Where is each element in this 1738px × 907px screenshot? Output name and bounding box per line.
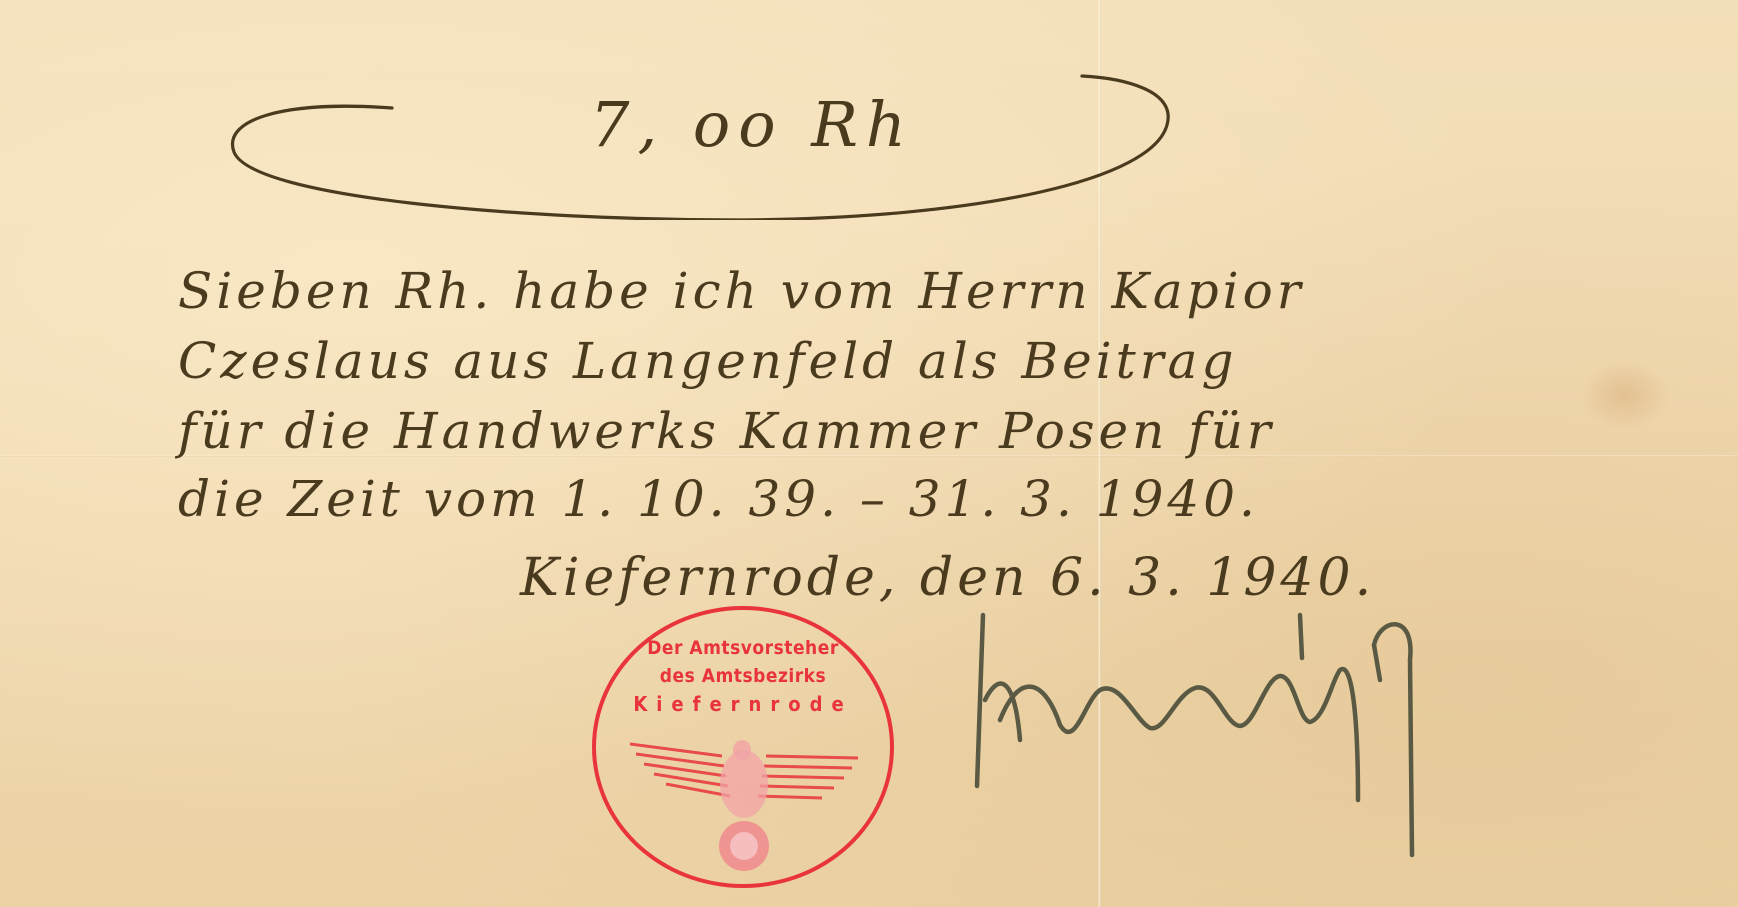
body-line-1: Sieben Rh. habe ich vom Herrn Kapior — [178, 262, 1305, 320]
eagle-emblem-icon — [626, 734, 862, 874]
body-line-2: Czeslaus aus Langenfeld als Beitrag — [178, 332, 1237, 390]
signature — [960, 600, 1440, 870]
body-line-3: für die Handwerks Kammer Posen für — [178, 402, 1275, 460]
body-line-4: die Zeit vom 1. 10. 39. – 31. 3. 1940. — [178, 470, 1259, 528]
paper-stain — [1580, 360, 1670, 430]
stamp-line-1: Der Amtsvorsteher — [596, 634, 890, 662]
place-date-line: Kiefernrode, den 6. 3. 1940. — [520, 548, 1375, 608]
stamp-place-name: Kiefernrode — [596, 690, 890, 718]
official-stamp: Der Amtsvorsteher des Amtsbezirks Kiefer… — [592, 606, 894, 888]
amount-text: 7, oo Rh — [590, 88, 914, 161]
stamp-line-2: des Amtsbezirks — [596, 662, 890, 690]
receipt-document: 7, oo Rh Sieben Rh. habe ich vom Herrn K… — [0, 0, 1738, 907]
